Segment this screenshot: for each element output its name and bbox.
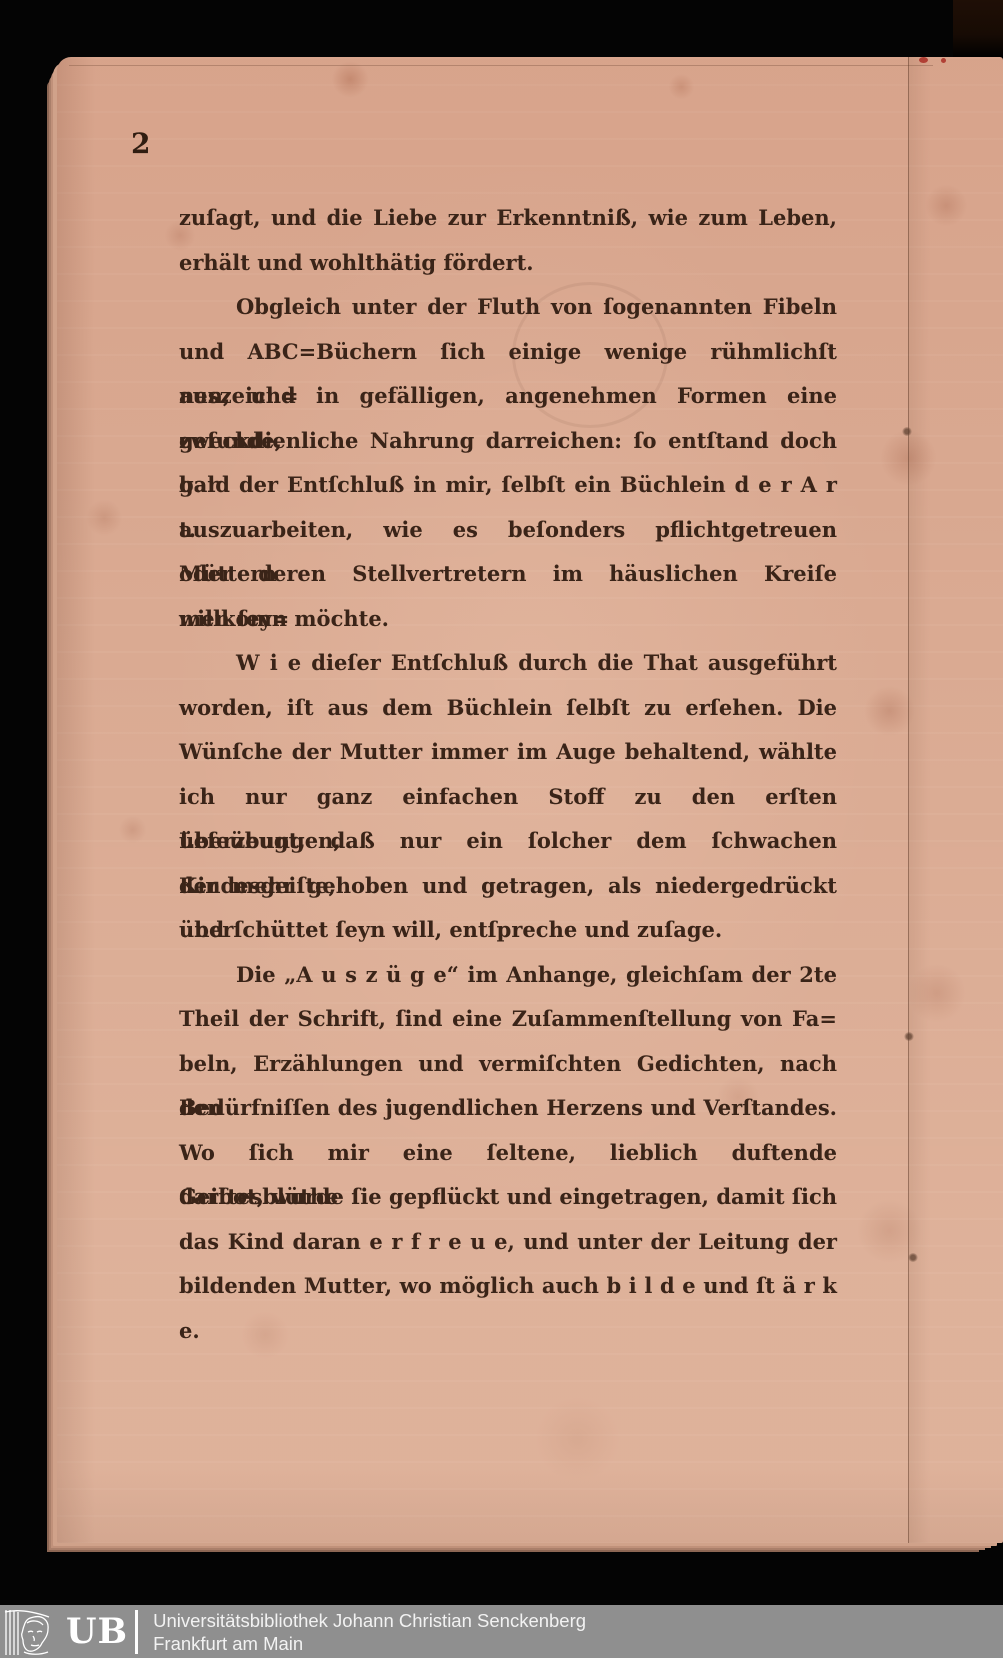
- text-line: bildenden Mutter, wo möglich auch b i l …: [179, 1264, 837, 1309]
- goethe-portrait-icon: [4, 1608, 64, 1656]
- margin-stain: [902, 427, 912, 436]
- text-line: Wünſche der Mutter immer im Auge behalte…: [179, 730, 837, 775]
- page-number: 2: [131, 127, 150, 160]
- text-line: W i e dieſer Entſchluß durch die That au…: [179, 641, 837, 686]
- text-line: nen, und in gefälligen, angenehmen Forme…: [179, 374, 837, 419]
- text-line: beln, Erzählungen und vermiſchten Gedich…: [179, 1042, 837, 1087]
- text-line: men ſeyn möchte.: [179, 597, 837, 642]
- text-line: Wo ſich mir eine ſeltene, lieblich dufte…: [179, 1131, 837, 1176]
- library-footer-bar: UB Universitätsbibliothek Johann Christi…: [0, 1605, 1003, 1658]
- ub-logo: UB: [4, 1608, 138, 1656]
- library-city: Frankfurt am Main: [153, 1632, 586, 1655]
- margin-stain: [904, 1032, 914, 1041]
- text-line: Die „A u s z ü g e“ im Anhange, gleichſa…: [179, 953, 837, 998]
- text-line: erhält und wohlthätig fördert.: [179, 241, 837, 286]
- library-name: Universitätsbibliothek Johann Christian …: [153, 1609, 586, 1632]
- text-line: Obgleich unter der Fluth von ſogenannten…: [179, 285, 837, 330]
- logo-divider: [135, 1610, 138, 1654]
- text-line: Theil der Schrift, ſind eine Zuſammenſte…: [179, 997, 837, 1042]
- library-caption: Universitätsbibliothek Johann Christian …: [153, 1609, 586, 1655]
- text-line: überſchüttet ſeyn will, entſpreche und z…: [179, 908, 837, 953]
- book-page: 2 zuſagt, und die Liebe zur Erkenntniß, …: [57, 57, 1003, 1543]
- ub-logo-text: UB: [66, 1614, 128, 1649]
- red-mark: [941, 58, 946, 63]
- text-line: und ABC=Büchern ſich einige wenige rühml…: [179, 330, 837, 375]
- text-line: auszuarbeiten, wie es beſonders pflichtg…: [179, 508, 837, 553]
- text-line: oder deren Stellvertretern im häuslichen…: [179, 552, 837, 597]
- text-line: bald der Entſchluß in mir, ſelbſt ein Bü…: [179, 463, 837, 508]
- book-cover-corner: [953, 0, 1003, 58]
- page-gutter-crease: [908, 57, 956, 1543]
- margin-stain: [908, 1253, 918, 1262]
- text-line: worden, iſt aus dem Büchlein ſelbſt zu e…: [179, 686, 837, 731]
- text-line: das Kind daran e r f r e u e, und unter …: [179, 1220, 837, 1265]
- text-line: zuſagt, und die Liebe zur Erkenntniß, wi…: [179, 196, 837, 241]
- text-line: Bedürfniſſen des jugendlichen Herzens un…: [179, 1086, 837, 1131]
- text-line: darbot, wurde ſie gepflückt und eingetra…: [179, 1175, 837, 1220]
- text-line: überzeugt, daß nur ein ſolcher dem ſchwa…: [179, 819, 837, 864]
- text-line: zweckdienliche Nahrung darreichen: ſo en…: [179, 419, 837, 464]
- text-line: ich nur ganz einfachen Stoff zu den erſt…: [179, 775, 837, 820]
- red-mark: [919, 57, 928, 63]
- scanned-book-photo: 2 zuſagt, und die Liebe zur Erkenntniß, …: [0, 0, 1003, 1658]
- text-line: der mehr gehoben und getragen, als niede…: [179, 864, 837, 909]
- page-text: zuſagt, und die Liebe zur Erkenntniß, wi…: [179, 196, 837, 1309]
